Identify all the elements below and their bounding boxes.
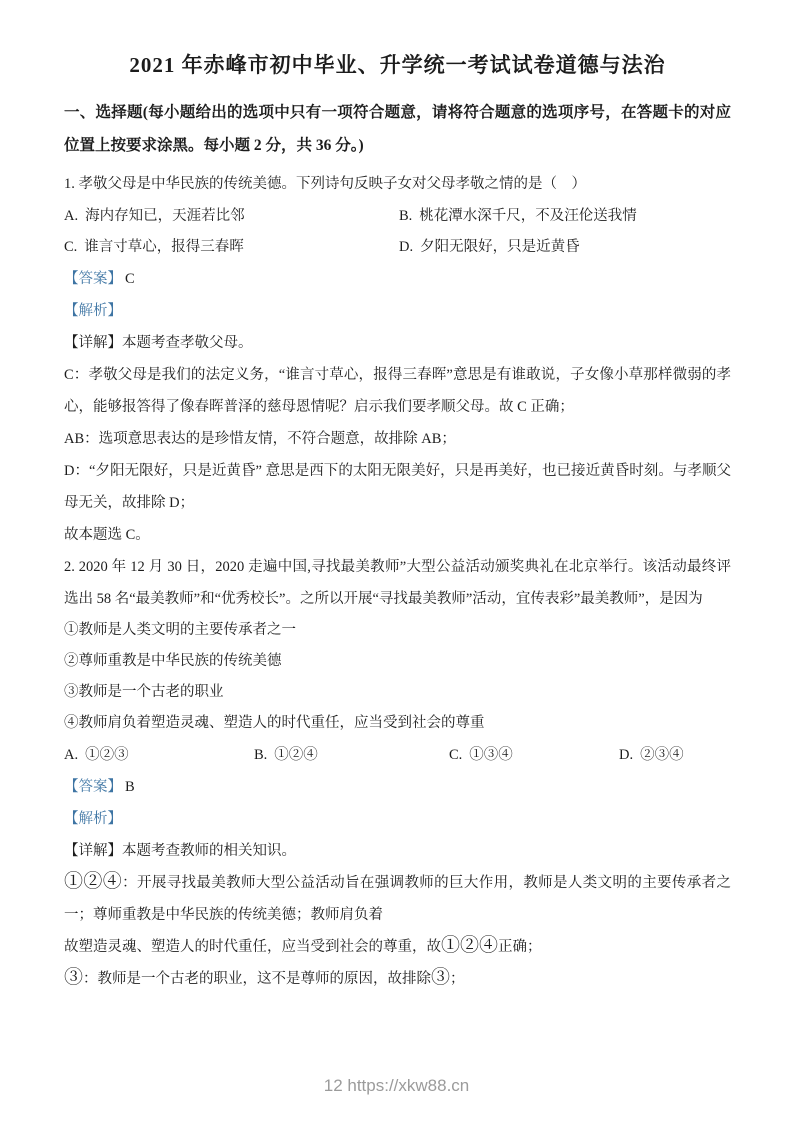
option-label: A. [64,747,78,763]
option-text: ①②④ [274,747,318,763]
question-2-item-3: ③教师是一个古老的职业 [64,677,731,708]
page-title: 2021 年赤峰市初中毕业、升学统一考试试卷道德与法治 [64,50,731,80]
section-heading: 一、选择题(每小题给出的选项中只有一项符合题意，请将符合题意的选项序号，在答题卡… [64,96,731,162]
question-1-detail-line: D：“夕阳无限好，只是近黄昏” 意思是西下的太阳无限美好，只是再美好，也已接近黄… [64,455,731,519]
question-1-option-c: C.谁言寸草心，报得三春晖 [64,232,399,262]
option-label: D. [399,239,413,255]
question-2-analysis-line: 【解析】 [64,803,731,835]
question-1-detail-line: AB：选项意思表达的是珍惜友情，不符合题意，故排除 AB； [64,423,731,455]
exam-paper-page: { "doc": { "title": "2021 年赤峰市初中毕业、升学统一考… [0,0,793,1122]
option-label: D. [619,747,633,763]
question-1-detail-line: 故本题选 C。 [64,519,731,551]
question-2-item-1: ①教师是人类文明的主要传承者之一 [64,615,731,646]
question-2-option-d: D.②③④ [619,739,731,771]
analysis-label: 【解析】 [64,303,122,319]
option-label: A. [64,208,78,224]
question-2: 2. 2020 年 12 月 30 日，2020 走遍中国,寻找最美教师”大型公… [64,551,731,995]
footer-page-number-and-url: 12 https://xkw88.cn [324,1076,470,1095]
option-text: ②③④ [640,747,684,763]
question-2-option-a: A.①②③ [64,739,254,771]
question-2-option-b: B.①②④ [254,739,449,771]
page-footer-watermark: 12 https://xkw88.cn [0,1076,793,1096]
answer-value: C [125,271,135,287]
option-text: 桃花潭水深千尺，不及汪伦送我情 [419,208,637,224]
question-1-detail-line: C：孝敬父母是我们的法定义务，“谁言寸草心，报得三春晖”意思是有谁敢说，子女像小… [64,359,731,423]
option-text: ①②③ [85,747,129,763]
question-2-detail-line: 【详解】本题考查教师的相关知识。 [64,835,731,867]
question-2-option-c: C.①③④ [449,739,619,771]
option-label: B. [254,747,267,763]
analysis-label: 【解析】 [64,811,122,827]
answer-label: 【答案】 [64,779,122,795]
question-2-detail-line: ③：教师是一个古老的职业，这不是尊师的原因，故排除③； [64,963,731,995]
question-2-detail-line: 故塑造灵魂、塑造人的时代重任，应当受到社会的尊重，故①②④正确； [64,931,731,963]
answer-value: B [125,779,135,795]
option-label: C. [64,239,77,255]
question-1: 1. 孝敬父母是中华民族的传统美德。下列诗句反映子女对父母孝敬之情的是（ ） A… [64,168,731,551]
option-text: 海内存知已，天涯若比邻 [85,208,245,224]
question-1-detail-line: 【详解】本题考查孝敬父母。 [64,327,731,359]
question-1-option-b: B.桃花潭水深千尺，不及汪伦送我情 [399,201,731,231]
document-page: 2021 年赤峰市初中毕业、升学统一考试试卷道德与法治 一、选择题(每小题给出的… [0,0,793,1122]
question-1-stem: 1. 孝敬父母是中华民族的传统美德。下列诗句反映子女对父母孝敬之情的是（ ） [64,168,731,200]
question-2-item-4: ④教师肩负着塑造灵魂、塑造人的时代重任，应当受到社会的尊重 [64,708,731,739]
option-text: 夕阳无限好，只是近黄昏 [420,239,580,255]
question-2-options-row: A.①②③ B.①②④ C.①③④ D.②③④ [64,739,731,771]
option-label: B. [399,208,412,224]
question-2-answer-line: 【答案】B [64,771,731,803]
question-1-options-row-1: A.海内存知已，天涯若比邻 B.桃花潭水深千尺，不及汪伦送我情 [64,201,731,231]
question-2-stem: 2. 2020 年 12 月 30 日，2020 走遍中国,寻找最美教师”大型公… [64,551,731,615]
option-text: ①③④ [469,747,513,763]
question-2-item-2: ②尊师重教是中华民族的传统美德 [64,646,731,677]
question-1-answer-line: 【答案】C [64,263,731,295]
option-text: 谁言寸草心，报得三春晖 [84,239,244,255]
answer-label: 【答案】 [64,271,122,287]
question-1-analysis-line: 【解析】 [64,295,731,327]
question-1-options-row-2: C.谁言寸草心，报得三春晖 D.夕阳无限好，只是近黄昏 [64,232,731,262]
question-1-option-a: A.海内存知已，天涯若比邻 [64,201,399,231]
option-label: C. [449,747,462,763]
question-2-detail-line: ①②④：开展寻找最美教师大型公益活动旨在强调教师的巨大作用，教师是人类文明的主要… [64,867,731,931]
question-1-option-d: D.夕阳无限好，只是近黄昏 [399,232,731,262]
